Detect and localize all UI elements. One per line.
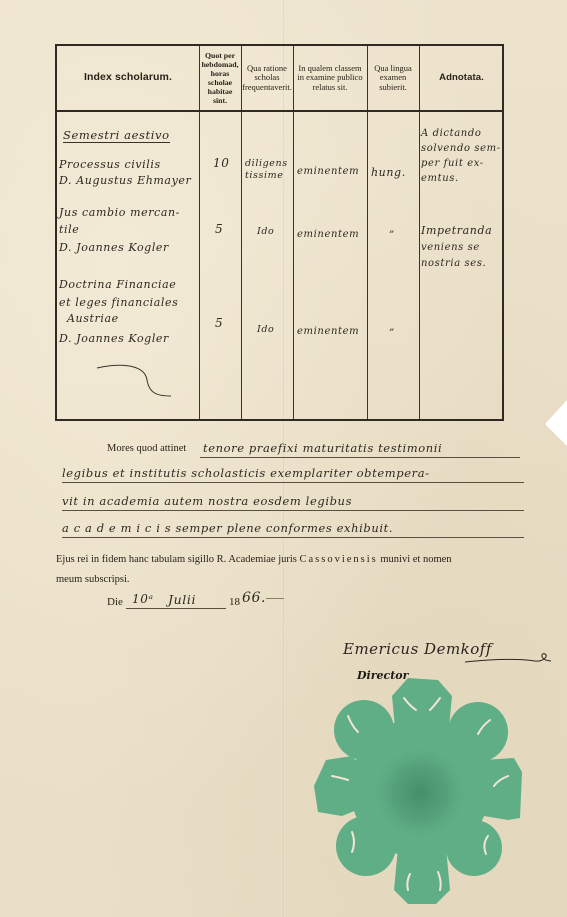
date-year-printed: 18 bbox=[229, 596, 240, 608]
row1-note-2: solvendo sem- bbox=[421, 143, 501, 154]
mores-line-4: a c a d e m i c i s semper plene conform… bbox=[62, 521, 393, 535]
closing-flourish-mark bbox=[95, 362, 175, 402]
row2-attendance: Ido bbox=[257, 226, 274, 237]
row1-attendance-2: tissime bbox=[245, 170, 283, 181]
attestation-text-a: Ejus rei in fidem hanc tabulam sigillo R… bbox=[56, 554, 297, 565]
row1-note-3: per fuit ex- bbox=[421, 158, 484, 169]
row2-professor: D. Joannes Kogler bbox=[59, 241, 169, 254]
green-paper-seal-icon bbox=[312, 668, 522, 906]
mores-line-2: legibus et institutis scholasticis exemp… bbox=[62, 466, 430, 480]
date-underline bbox=[126, 608, 226, 609]
header-language: Qua lingua examen subierit. bbox=[367, 46, 419, 110]
date-dash bbox=[266, 598, 284, 599]
row2-subject-2: tile bbox=[59, 223, 79, 236]
underline bbox=[62, 537, 524, 538]
underline bbox=[62, 482, 524, 483]
underline bbox=[62, 510, 524, 511]
row2-language: ” bbox=[389, 230, 395, 241]
mores-line-3: vit in academia autem nostra eosdem legi… bbox=[62, 494, 352, 508]
row3-subject-1: Doctrina Financiae bbox=[59, 278, 176, 291]
row3-hours: 5 bbox=[215, 316, 223, 330]
row2-note-3: nostria ses. bbox=[421, 258, 486, 269]
header-hours: Quot per hebdomad, horas scholae habitae… bbox=[199, 46, 241, 110]
attestation-city: Cassoviensis bbox=[299, 554, 377, 565]
row1-class: eminentem bbox=[297, 166, 359, 177]
header-attendance: Qua ratione scholas frequentaverit. bbox=[241, 46, 293, 110]
underline bbox=[200, 457, 520, 458]
row3-professor: D. Joannes Kogler bbox=[59, 332, 169, 345]
header-index-scholarum: Index scholarum. bbox=[57, 46, 199, 110]
row3-subject-3: Austriae bbox=[67, 312, 119, 325]
attestation-text-b: munivi et nomen bbox=[380, 554, 451, 565]
row3-class: eminentem bbox=[297, 326, 359, 337]
header-class: In qualem classem in examine publico rel… bbox=[293, 46, 367, 110]
row1-subject: Processus civilis bbox=[59, 158, 161, 171]
row1-language: hung. bbox=[371, 166, 406, 179]
date-month: Julii bbox=[168, 592, 196, 607]
grades-table: Index scholarum. Quot per hebdomad, hora… bbox=[55, 44, 504, 421]
row2-note-2: veniens se bbox=[421, 242, 480, 253]
row3-language: ” bbox=[389, 328, 395, 339]
header-notes: Adnotata. bbox=[419, 46, 504, 110]
row2-class: eminentem bbox=[297, 229, 359, 240]
row3-attendance: Ido bbox=[257, 324, 274, 335]
paper-tear bbox=[545, 400, 567, 446]
section-title: Semestri aestivo bbox=[63, 128, 170, 143]
date-prefix: Die bbox=[107, 596, 123, 608]
row3-subject-2: et leges financiales bbox=[59, 296, 178, 309]
row2-hours: 5 bbox=[215, 222, 223, 236]
attestation-line-1: Ejus rei in fidem hanc tabulam sigillo R… bbox=[56, 554, 452, 565]
row2-note-1: Impetranda bbox=[421, 224, 492, 237]
row1-note-1: A dictando bbox=[421, 128, 481, 139]
row1-professor: D. Augustus Ehmayer bbox=[59, 174, 191, 187]
date-year-handwritten: 66. bbox=[242, 590, 266, 606]
row1-hours: 10 bbox=[213, 156, 229, 170]
signature-flourish bbox=[465, 652, 555, 668]
attestation-line-2: meum subscripsi. bbox=[56, 574, 130, 585]
row2-subject-1: Jus cambio mercan- bbox=[59, 206, 180, 219]
mores-label: Mores quod attinet bbox=[107, 443, 186, 454]
header-divider bbox=[57, 110, 502, 112]
mores-line-1: tenore praefixi maturitatis testimonii bbox=[203, 441, 442, 455]
date-day: 10ᵃ bbox=[132, 592, 154, 606]
row1-attendance-1: diligens bbox=[245, 158, 288, 169]
row1-note-4: emtus. bbox=[421, 173, 459, 184]
